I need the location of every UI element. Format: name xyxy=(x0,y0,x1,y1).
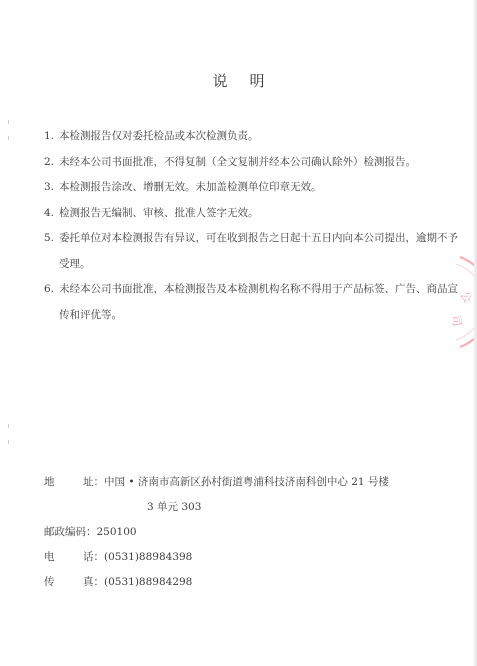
note-text: 未经本公司书面批准，不得复制（全文复制并经本公司确认除外）检测报告。 xyxy=(59,150,464,176)
margin-mark xyxy=(8,136,9,140)
margin-mark xyxy=(8,424,9,428)
address-row: 地 址： 中国 • 济南市高新区孙村街道粤浦科技济南科创中心 21 号楼 xyxy=(44,470,389,495)
document-page: 说明 1. 本检测报告仅对委托检品或本次检测负责。 2. 未经本公司书面批准，不… xyxy=(0,0,477,666)
svg-text:公: 公 xyxy=(457,289,474,305)
address-value-cont: 3 单元 303 xyxy=(147,495,201,520)
note-item: 1. 本检测报告仅对委托检品或本次检测负责。 xyxy=(44,124,464,150)
note-number: 2. xyxy=(44,150,59,176)
svg-text:司: 司 xyxy=(449,314,464,327)
fax-label: 传 真： xyxy=(44,570,104,595)
phone-row: 电 话： (0531)88984398 xyxy=(44,545,389,570)
postcode-row: 邮政编码： 250100 xyxy=(44,520,389,545)
postcode-label: 邮政编码 xyxy=(44,526,86,538)
label-char: 地 xyxy=(44,470,55,495)
margin-mark xyxy=(8,440,9,444)
fax-row: 传 真： (0531)88984298 xyxy=(44,570,389,595)
address-value: 中国 • 济南市高新区孙村街道粤浦科技济南科创中心 21 号楼 xyxy=(104,470,389,495)
note-text: 本检测报告涂改、增删无效。未加盖检测单位印章无效。 xyxy=(59,175,464,201)
margin-mark xyxy=(8,120,9,124)
label-char: 话 xyxy=(83,551,94,563)
label-char: 址 xyxy=(83,476,94,488)
company-seal-stamp: 公 司 xyxy=(430,252,477,352)
address-label: 地 址： xyxy=(44,470,104,495)
notes-list: 1. 本检测报告仅对委托检品或本次检测负责。 2. 未经本公司书面批准，不得复制… xyxy=(44,124,464,328)
title-char: 明 xyxy=(250,70,265,91)
label-char: 真 xyxy=(83,576,94,588)
note-item: 4. 检测报告无编制、审核、批准人签字无效。 xyxy=(44,201,464,227)
note-text: 本检测报告仅对委托检品或本次检测负责。 xyxy=(59,124,464,150)
note-number: 5. xyxy=(44,226,59,252)
page-title: 说明 xyxy=(0,70,477,91)
note-item: 5. 委托单位对本检测报告有异议，可在收到报告之日起十五日内向本公司提出，逾期不… xyxy=(44,226,464,277)
note-item: 6. 未经本公司书面批准，本检测报告及本检测机构名称不得用于产品标签、广告、商品… xyxy=(44,277,464,328)
note-number: 6. xyxy=(44,277,59,303)
note-number: 4. xyxy=(44,201,59,227)
postcode-value: 250100 xyxy=(97,520,137,545)
note-text: 委托单位对本检测报告有异议，可在收到报告之日起十五日内向本公司提出，逾期不予受理… xyxy=(59,226,464,277)
note-item: 2. 未经本公司书面批准，不得复制（全文复制并经本公司确认除外）检测报告。 xyxy=(44,150,464,176)
label-char: 电 xyxy=(44,545,55,570)
title-char: 说 xyxy=(212,70,227,91)
phone-label: 电 话： xyxy=(44,545,104,570)
label-char: 传 xyxy=(44,570,55,595)
note-text: 未经本公司书面批准，本检测报告及本检测机构名称不得用于产品标签、广告、商品宣传和… xyxy=(59,277,464,328)
note-item: 3. 本检测报告涂改、增删无效。未加盖检测单位印章无效。 xyxy=(44,175,464,201)
address-row-cont: 3 单元 303 xyxy=(44,495,389,520)
note-text: 检测报告无编制、审核、批准人签字无效。 xyxy=(59,201,464,227)
phone-value: (0531)88984398 xyxy=(104,545,192,570)
contact-info: 地 址： 中国 • 济南市高新区孙村街道粤浦科技济南科创中心 21 号楼 3 单… xyxy=(44,470,389,595)
fax-value: (0531)88984298 xyxy=(104,570,192,595)
note-number: 3. xyxy=(44,175,59,201)
note-number: 1. xyxy=(44,124,59,150)
